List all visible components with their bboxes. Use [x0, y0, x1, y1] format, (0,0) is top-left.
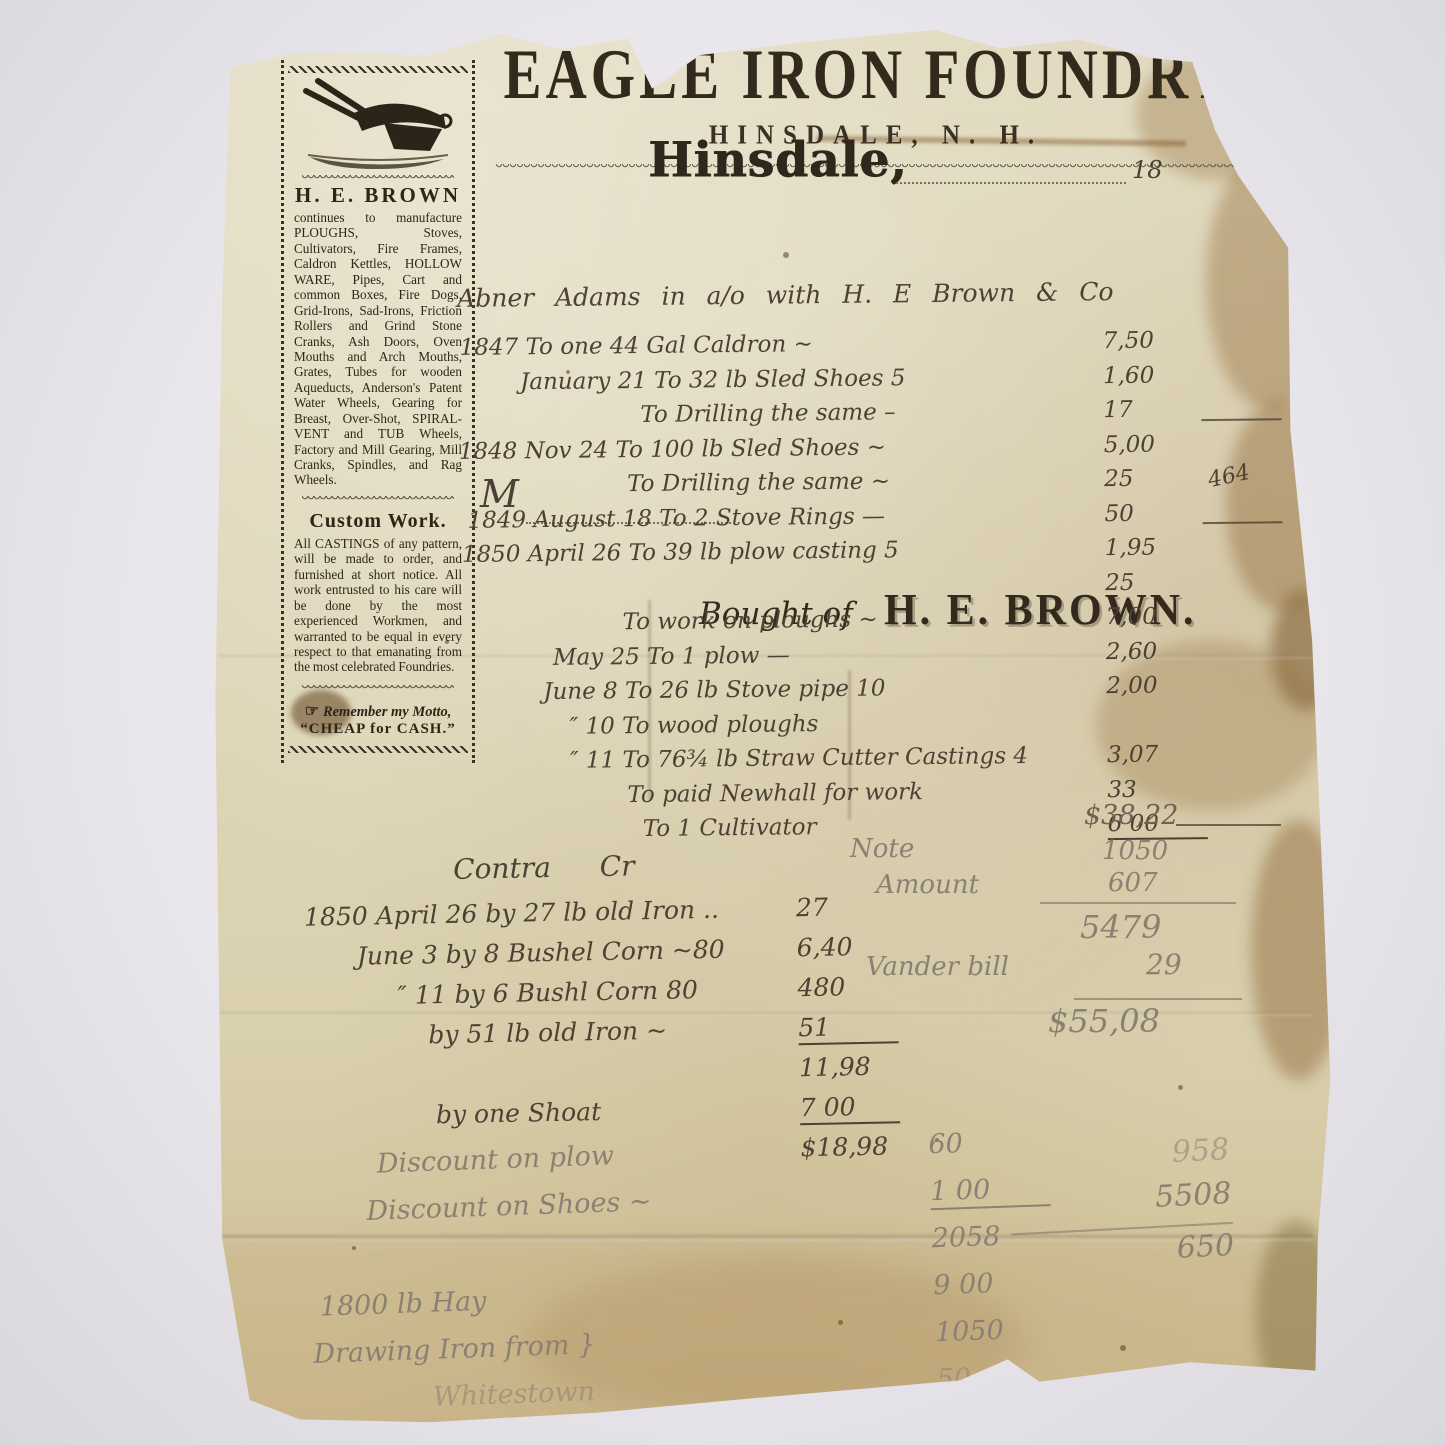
speck: [783, 252, 789, 258]
ledger-row-desc: To Drilling the same ~: [627, 468, 890, 497]
photo-backdrop: EAGLE IRON FOUNDRY, HINSDALE, N. H. Hins…: [0, 0, 1445, 1445]
date-blank-line: [896, 182, 1126, 184]
ledger-row-desc: 1850 April 26 To 39 lb plow casting 5: [462, 537, 899, 568]
stain: [1206, 150, 1336, 410]
pencil-row-desc: Whitestown: [432, 1376, 595, 1413]
ledger-row-desc: To work on ploughs ~: [622, 607, 877, 636]
ledger-row-amount: 50: [1104, 500, 1204, 527]
contra-row-amount: 480: [797, 971, 898, 1002]
ledger-row-amount: 7,50: [1103, 327, 1203, 354]
note-value-1050: 1050: [1102, 836, 1168, 866]
ledger-rows: 1847 To one 44 Gal Caldron ~ 7,50 Januar…: [458, 327, 1208, 852]
contra-row-desc: by 51 lb old Iron ~: [428, 1016, 667, 1050]
ledger-row-desc: May 25 To 1 plow —: [553, 642, 790, 670]
account-ledger: Abner Adams in a/o with H. E Brown & Co …: [457, 276, 1208, 852]
ledger-row-desc: ″ 10 To wood ploughs: [570, 711, 819, 740]
foundry-name: EAGLE IRON FOUNDRY,: [446, 34, 1306, 115]
ledger-row-desc: 1847 To one 44 Gal Caldron ~: [460, 331, 813, 361]
ledger-row-amount: 1,95: [1105, 534, 1205, 561]
manufacture-list: continues to manufacture PLOUGHS, Stoves…: [294, 210, 462, 488]
document-paper: EAGLE IRON FOUNDRY, HINSDALE, N. H. Hins…: [196, 30, 1336, 1425]
contra-row-amount: 7 00: [800, 1091, 901, 1125]
ledger-row-desc: To Drilling the same –: [640, 399, 895, 428]
ledger-row-amount: 2,00: [1106, 672, 1206, 699]
ledger-row-amount: 3,07: [1107, 741, 1207, 768]
pencil-footer: Discount on plow 60 Discount on Shoes ~ …: [306, 1125, 1057, 1433]
pencil-side-column: 958 5508 650: [996, 1132, 1235, 1284]
ledger-row-amount: 2,60: [1106, 638, 1206, 665]
account-total: $38,22: [1084, 800, 1178, 831]
grand-total: $55,08: [1048, 1002, 1160, 1040]
ledger-row-amount: 25: [1105, 569, 1205, 596]
contra-heading: Contra Cr: [453, 844, 896, 885]
account-heading: Abner Adams in a/o with H. E Brown & Co: [457, 276, 1202, 313]
ledger-row-amount: 17: [1103, 396, 1203, 423]
stain: [1271, 590, 1341, 710]
ledger-row-amount: 25: [1104, 465, 1204, 492]
margin-note: 464: [1206, 460, 1252, 493]
ledger-row-amount: 33: [1107, 776, 1207, 803]
contra-row-amount: 6,40: [796, 931, 897, 962]
contra-row-desc: by one Shoat: [436, 1097, 602, 1129]
ledger-row-amount: 7,00: [1105, 603, 1205, 630]
pencil-rule: [1074, 998, 1242, 1000]
contra-section: Contra Cr 1850 April 26 by 27 lb old Iro…: [303, 844, 901, 1182]
wavy-divider: [302, 175, 454, 181]
pointing-hand-icon: ☞: [305, 703, 319, 720]
ledger-row-amount: 1,60: [1103, 362, 1203, 389]
wavy-divider: [302, 496, 454, 502]
ledger-row: To Drilling the same – 17: [640, 396, 1203, 436]
year-prefix: 18: [1132, 156, 1163, 184]
sum-rule: [1176, 824, 1281, 826]
wavy-divider: [302, 685, 454, 691]
pencil-footer-rows: Discount on plow 60 Discount on Shoes ~ …: [306, 1125, 1057, 1433]
pencil-rule: [1040, 902, 1236, 904]
side-value-bottom: 650: [1002, 1228, 1236, 1284]
pencil-row-amount: 1050: [934, 1313, 1055, 1348]
motto-cheap-for-cash: “CHEAP for CASH.”: [294, 721, 462, 738]
pencil-row-amount: 50: [936, 1360, 1057, 1395]
ledger-row-desc: 1849 August 18 To 2 Stove Rings —: [467, 503, 885, 533]
contra-row-desc: June 3 by 8 Bushel Corn ~80: [357, 935, 725, 971]
motto-line: ☞Remember my Motto,: [294, 701, 462, 721]
stain: [1251, 820, 1346, 1080]
extra-charge-value: 29: [1146, 948, 1182, 981]
ledger-row-amount: 5,00: [1104, 431, 1204, 458]
speck: [1120, 1345, 1126, 1351]
ledger-row-desc: ″ 11 To 76¾ lb Straw Cutter Castings 4: [570, 743, 1028, 774]
ledger-row-desc: To 1 Cultivator: [643, 814, 817, 842]
ledger-row-desc: June 8 To 26 lb Stove pipe 10: [543, 675, 885, 705]
custom-work-body: All CASTINGS of any pattern, will be mad…: [294, 536, 462, 675]
contra-row-amount: 51: [798, 1011, 899, 1045]
ledger-row-desc: 1848 Nov 24 To 100 lb Sled Shoes ~: [459, 434, 886, 464]
stain: [1226, 400, 1336, 610]
contra-row-desc: 1850 April 26 by 27 lb old Iron ..: [304, 895, 719, 932]
ledger-row-amount: [1107, 727, 1207, 728]
custom-work-heading: Custom Work.: [294, 510, 462, 533]
contra-row-desc: ″ 11 by 6 Bushl Corn 80: [397, 975, 698, 1010]
motto-text: Remember my Motto,: [323, 704, 451, 720]
stain: [1256, 1220, 1336, 1410]
zigzag-border-bottom: [288, 746, 468, 753]
advertising-column: H. E. BROWN continues to manufacture PLO…: [281, 60, 475, 763]
ledger-row-desc: January 21 To 32 lb Sled Shoes 5: [520, 365, 906, 395]
contra-row-amount: 11,98: [799, 1051, 900, 1082]
note-value-607: 607: [1108, 868, 1158, 898]
place-label: Hinsdale,: [648, 132, 907, 189]
plough-engraving-icon: [296, 77, 460, 173]
pencil-row-desc: 1800 lb Hay: [319, 1286, 487, 1323]
proprietor-name: H. E. BROWN: [294, 183, 462, 208]
zigzag-border-top: [288, 66, 468, 73]
subtotal-5479: 5479: [1080, 908, 1161, 946]
contra-row-amount: 27: [796, 891, 897, 922]
